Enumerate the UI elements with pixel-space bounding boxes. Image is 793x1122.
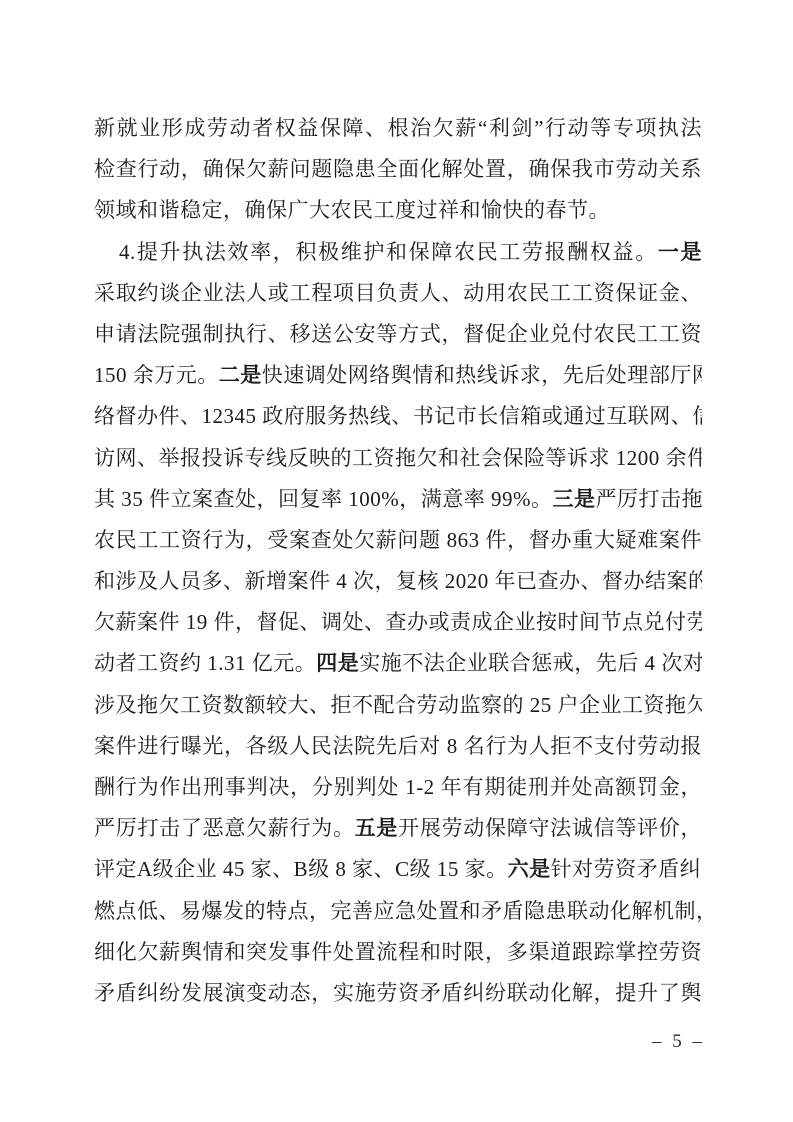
bold-emphasis: 四是 bbox=[316, 651, 359, 675]
text-line: 采取约谈企业法人或工程项目负责人、动用农民工工资保证金、 bbox=[94, 273, 702, 314]
text-run: 访网、举报投诉专线反映的工资拖欠和社会保险等诉求 1200 余件， bbox=[94, 446, 702, 470]
text-run: 络督办件、12345 政府服务热线、书记市长信箱或通过互联网、信 bbox=[94, 404, 702, 428]
text-line: 矛盾纠纷发展演变动态，实施劳资矛盾纠纷联动化解，提升了舆 bbox=[94, 973, 702, 1014]
text-run: 150 余万元。 bbox=[94, 363, 219, 387]
text-line: 新就业形成劳动者权益保障、根治欠薪“利剑”行动等专项执法 bbox=[94, 108, 702, 149]
document-body: 新就业形成劳动者权益保障、根治欠薪“利剑”行动等专项执法检查行动，确保欠薪问题隐… bbox=[94, 108, 702, 1014]
document-page: 新就业形成劳动者权益保障、根治欠薪“利剑”行动等专项执法检查行动，确保欠薪问题隐… bbox=[0, 0, 793, 1122]
text-line: 欠薪案件 19 件，督促、调处、查办或责成企业按时间节点兑付劳 bbox=[94, 602, 702, 643]
text-run: 评定A级企业 45 家、B级 8 家、C级 15 家。 bbox=[94, 857, 508, 881]
text-run: 矛盾纠纷发展演变动态，实施劳资矛盾纠纷联动化解，提升了舆 bbox=[94, 981, 702, 1005]
text-run: 涉及拖欠工资数额较大、拒不配合劳动监察的 25 户企业工资拖欠 bbox=[94, 693, 702, 717]
text-line: 农民工工资行为，受案查处欠薪问题 863 件，督办重大疑难案件 bbox=[94, 520, 702, 561]
text-run: 开展劳动保障守法诚信等评价， bbox=[398, 816, 702, 840]
text-line: 燃点低、易爆发的特点，完善应急处置和矛盾隐患联动化解机制， bbox=[94, 891, 702, 932]
text-run: 领域和谐稳定，确保广大农民工度过祥和愉快的春节。 bbox=[94, 198, 610, 222]
bold-emphasis: 五是 bbox=[355, 816, 398, 840]
text-line: 严厉打击了恶意欠薪行为。五是开展劳动保障守法诚信等评价， bbox=[94, 808, 702, 849]
text-line: 案件进行曝光，各级人民法院先后对 8 名行为人拒不支付劳动报 bbox=[94, 726, 702, 767]
text-line: 4.提升执法效率，积极维护和保障农民工劳报酬权益。一是 bbox=[94, 232, 702, 273]
text-run: 酬行为作出刑事判决，分别判处 1-2 年有期徒刑并处高额罚金， bbox=[94, 775, 702, 799]
text-run: 4.提升执法效率，积极维护和保障农民工劳报酬权益。 bbox=[119, 240, 658, 264]
text-line: 和涉及人员多、新增案件 4 次，复核 2020 年已查办、督办结案的 bbox=[94, 561, 702, 602]
text-line: 动者工资约 1.31 亿元。四是实施不法企业联合惩戒，先后 4 次对 bbox=[94, 643, 702, 684]
text-run: 燃点低、易爆发的特点，完善应急处置和矛盾隐患联动化解机制， bbox=[94, 899, 702, 923]
text-run: 新就业形成劳动者权益保障、根治欠薪“利剑”行动等专项执法 bbox=[94, 116, 702, 140]
text-run: 农民工工资行为，受案查处欠薪问题 863 件，督办重大疑难案件 bbox=[94, 528, 702, 552]
text-run: 快速调处网络舆情和热线诉求，先后处理部厅网 bbox=[262, 363, 702, 387]
text-run: 欠薪案件 19 件，督促、调处、查办或责成企业按时间节点兑付劳 bbox=[94, 610, 702, 634]
text-line: 其 35 件立案查处，回复率 100%，满意率 99%。三是严厉打击拖欠 bbox=[94, 479, 702, 520]
page-number: – 5 – bbox=[652, 1031, 705, 1053]
text-line: 涉及拖欠工资数额较大、拒不配合劳动监察的 25 户企业工资拖欠 bbox=[94, 685, 702, 726]
text-line: 访网、举报投诉专线反映的工资拖欠和社会保险等诉求 1200 余件， bbox=[94, 438, 702, 479]
text-line: 酬行为作出刑事判决，分别判处 1-2 年有期徒刑并处高额罚金， bbox=[94, 767, 702, 808]
text-run: 严厉打击了恶意欠薪行为。 bbox=[94, 816, 355, 840]
bold-emphasis: 六是 bbox=[508, 857, 551, 881]
text-line: 申请法院强制执行、移送公安等方式，督促企业兑付农民工工资 bbox=[94, 314, 702, 355]
text-line: 评定A级企业 45 家、B级 8 家、C级 15 家。六是针对劳资矛盾纠纷 bbox=[94, 849, 702, 890]
bold-emphasis: 一是 bbox=[658, 240, 702, 264]
text-line: 细化欠薪舆情和突发事件处置流程和时限，多渠道跟踪掌控劳资 bbox=[94, 932, 702, 973]
text-run: 其 35 件立案查处，回复率 100%，满意率 99%。 bbox=[94, 487, 553, 511]
text-run: 检查行动，确保欠薪问题隐患全面化解处置，确保我市劳动关系 bbox=[94, 157, 702, 181]
text-run: 细化欠薪舆情和突发事件处置流程和时限，多渠道跟踪掌控劳资 bbox=[94, 940, 702, 964]
text-run: 针对劳资矛盾纠纷 bbox=[551, 857, 702, 881]
text-line: 络督办件、12345 政府服务热线、书记市长信箱或通过互联网、信 bbox=[94, 396, 702, 437]
text-line: 检查行动，确保欠薪问题隐患全面化解处置，确保我市劳动关系 bbox=[94, 149, 702, 190]
text-run: 申请法院强制执行、移送公安等方式，督促企业兑付农民工工资 bbox=[94, 322, 702, 346]
text-run: 案件进行曝光，各级人民法院先后对 8 名行为人拒不支付劳动报 bbox=[94, 734, 702, 758]
text-run: 动者工资约 1.31 亿元。 bbox=[94, 651, 316, 675]
text-run: 严厉打击拖欠 bbox=[596, 487, 703, 511]
text-run: 实施不法企业联合惩戒，先后 4 次对 bbox=[359, 651, 702, 675]
text-line: 领域和谐稳定，确保广大农民工度过祥和愉快的春节。 bbox=[94, 190, 702, 231]
text-line: 150 余万元。二是快速调处网络舆情和热线诉求，先后处理部厅网 bbox=[94, 355, 702, 396]
text-run: 采取约谈企业法人或工程项目负责人、动用农民工工资保证金、 bbox=[94, 281, 702, 305]
bold-emphasis: 三是 bbox=[553, 487, 596, 511]
bold-emphasis: 二是 bbox=[219, 363, 262, 387]
text-run: 和涉及人员多、新增案件 4 次，复核 2020 年已查办、督办结案的 bbox=[94, 569, 702, 593]
